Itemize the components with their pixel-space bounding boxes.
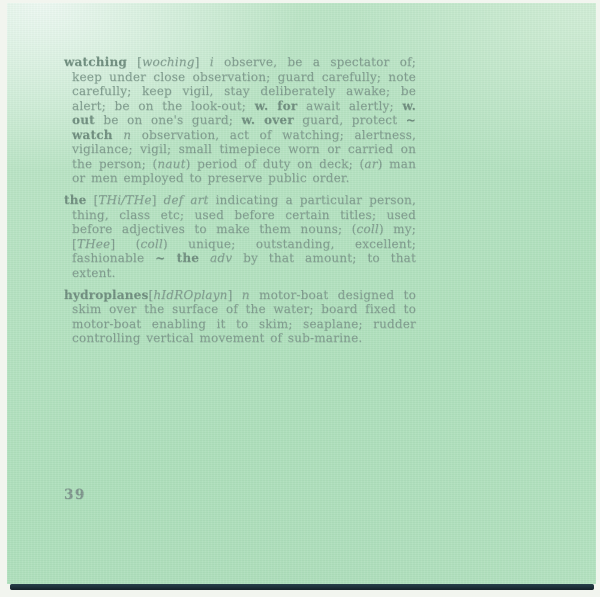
entry-text-segment: n bbox=[242, 288, 250, 302]
entry-text-segment: ar bbox=[364, 157, 377, 171]
entry-text-segment: w. over bbox=[242, 113, 294, 127]
entry-text-segment: be on one's guard; bbox=[95, 113, 242, 127]
entry-text-segment: [ bbox=[127, 55, 142, 69]
entry-text-segment: ~ the bbox=[155, 251, 199, 265]
entry-text-segment: THi/THe bbox=[98, 193, 151, 207]
green-paper-page: watching [woching] i observe, be a spect… bbox=[7, 3, 596, 584]
scanned-sleeve-page: watching [woching] i observe, be a spect… bbox=[0, 0, 600, 597]
entry-text-segment bbox=[199, 251, 210, 265]
entry-text-segment: the bbox=[64, 193, 87, 207]
entry-text-segment: ) period of duty on deck; ( bbox=[186, 157, 365, 171]
entry-text-segment: woching bbox=[142, 55, 195, 69]
entry-text-segment bbox=[113, 128, 124, 142]
dictionary-entry-watching: watching [woching] i observe, be a spect… bbox=[64, 55, 416, 186]
entry-text-segment: hydroplanes bbox=[64, 288, 148, 302]
entry-text-segment: guard, protect bbox=[294, 113, 406, 127]
entry-text-segment: THee bbox=[77, 237, 110, 251]
entry-text-segment: await alertly; bbox=[297, 99, 402, 113]
entry-text-segment: adv bbox=[210, 251, 232, 265]
entry-text-segment: coll bbox=[141, 237, 163, 251]
entry-text-segment: ] bbox=[195, 55, 210, 69]
page-edge-shadow bbox=[10, 584, 594, 590]
entry-text-segment: watching bbox=[64, 55, 127, 69]
dictionary-entry-hydroplanes: hydroplanes[hIdROplayn] n motor-boat des… bbox=[64, 288, 416, 346]
dictionary-entry-the: the [THi/THe] def art indicating a parti… bbox=[64, 193, 416, 280]
entry-text-segment: [ bbox=[87, 193, 99, 207]
entry-text-segment: ] bbox=[228, 288, 242, 302]
entry-text-segment: naut bbox=[157, 157, 185, 171]
entry-text-segment: def art bbox=[164, 193, 209, 207]
entry-text-segment: hIdROplayn bbox=[153, 288, 227, 302]
entry-text-segment: n bbox=[123, 128, 131, 142]
page-number: 39 bbox=[64, 487, 86, 503]
entry-text-segment: ] ( bbox=[110, 237, 140, 251]
entry-text-segment: coll bbox=[357, 222, 379, 236]
entry-text-segment: ] bbox=[152, 193, 164, 207]
dictionary-text-block: watching [woching] i observe, be a spect… bbox=[64, 55, 416, 353]
entry-text-segment: w. for bbox=[255, 99, 298, 113]
